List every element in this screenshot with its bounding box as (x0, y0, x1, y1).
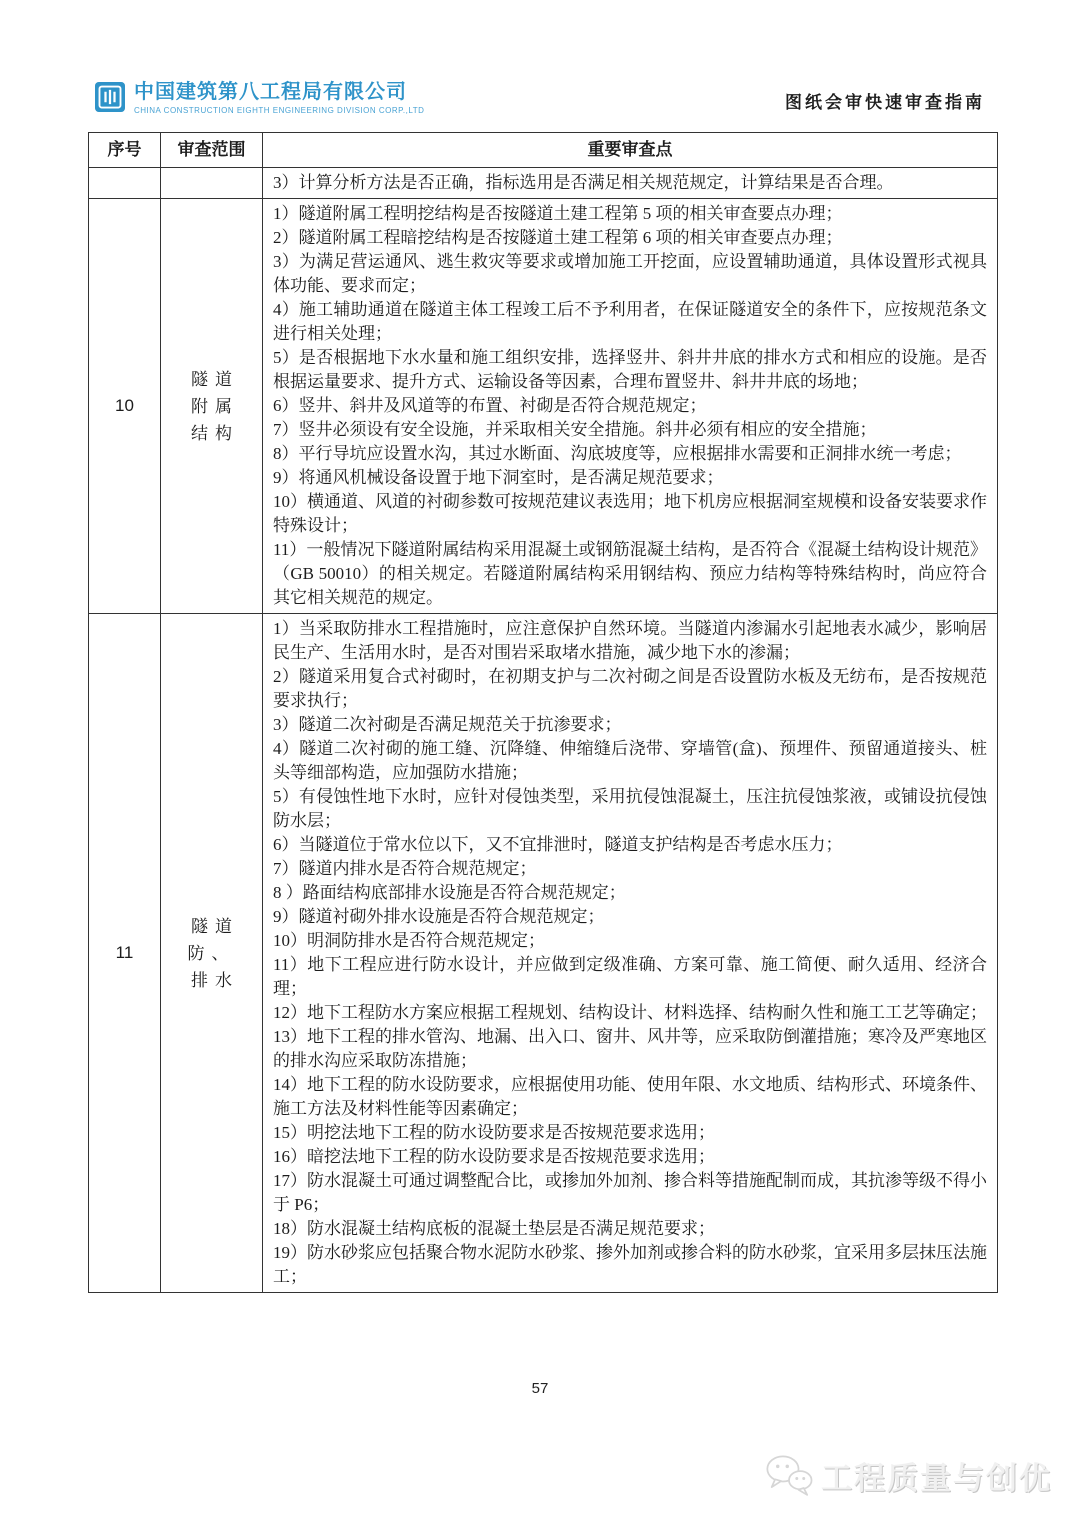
review-point: 2）隧道附属工程暗挖结构是否按隧道土建工程第 6 项的相关审查要点办理； (273, 226, 987, 250)
watermark-label: 工程质量与创优 (821, 1453, 1052, 1498)
review-scope-cell (161, 168, 263, 199)
brand-text: 中国建筑第八工程局有限公司 CHINA CONSTRUCTION EIGHTH … (134, 82, 424, 115)
review-point: 4）施工辅助通道在隧道主体工程竣工后不予利用者，在保证隧道安全的条件下，应按规范… (273, 298, 987, 346)
table-row: 11隧道防、排水1）当采取防排水工程措施时，应注意保护自然环境。当隧道内渗漏水引… (89, 614, 998, 1293)
review-point: 10）明洞防排水是否符合规范规定； (273, 929, 987, 953)
review-points-cell: 3）计算分析方法是否正确，指标选用是否满足相关规范规定，计算结果是否合理。 (263, 168, 998, 199)
scope-line: 排水 (163, 967, 260, 994)
review-scope-cell: 隧道附属结构 (161, 199, 263, 614)
review-point: 1）隧道附属工程明挖结构是否按隧道土建工程第 5 项的相关审查要点办理； (273, 202, 987, 226)
review-point: 17）防水混凝土可通过调整配合比，或掺加外加剂、掺合料等措施配制而成，其抗渗等级… (273, 1169, 987, 1217)
review-point: 6）当隧道位于常水位以下，又不宜排泄时，隧道支护结构是否考虑水压力； (273, 833, 987, 857)
review-point: 11）地下工程应进行防水设计，并应做到定级准确、方案可靠、施工简便、耐久适用、经… (273, 953, 987, 1001)
document-title: 图纸会审快速审查指南 (785, 88, 985, 113)
cscec-logo-icon (95, 82, 125, 112)
review-table-body: 3）计算分析方法是否正确，指标选用是否满足相关规范规定，计算结果是否合理。10隧… (89, 168, 998, 1293)
row-number-cell (89, 168, 161, 199)
page-number: 57 (0, 1380, 1080, 1397)
column-header-no: 序号 (89, 133, 161, 168)
review-point: 6）竖井、斜井及风道等的布置、衬砌是否符合规范规定； (273, 394, 987, 418)
scope-line: 附属 (163, 393, 260, 420)
review-point: 9）隧道衬砌外排水设施是否符合规范规定； (273, 905, 987, 929)
review-point: 7）竖井必须设有安全设施，并采取相关安全措施。斜井必须有相应的安全措施； (273, 418, 987, 442)
review-scope-cell: 隧道防、排水 (161, 614, 263, 1293)
review-point: 11）一般情况下隧道附属结构采用混凝土或钢筋混凝土结构，是否符合《混凝土结构设计… (273, 538, 987, 610)
review-point: 10）横通道、风道的衬砌参数可按规范建议表选用；地下机房应根据洞室规模和设备安装… (273, 490, 987, 538)
review-point: 9）将通风机械设备设置于地下洞室时，是否满足规范要求； (273, 466, 987, 490)
column-header-scope: 审查范围 (161, 133, 263, 168)
watermark: 工程质量与创优 (763, 1452, 1052, 1498)
review-point: 3）隧道二次衬砌是否满足规范关于抗渗要求； (273, 713, 987, 737)
review-point: 3）为满足营运通风、逃生救灾等要求或增加施工开挖面，应设置辅助通道，具体设置形式… (273, 250, 987, 298)
company-name-cn: 中国建筑第八工程局有限公司 (134, 82, 424, 103)
company-brand: 中国建筑第八工程局有限公司 CHINA CONSTRUCTION EIGHTH … (95, 82, 424, 115)
review-point: 7）隧道内排水是否符合规范规定； (273, 857, 987, 881)
review-points-cell: 1）隧道附属工程明挖结构是否按隧道土建工程第 5 项的相关审查要点办理；2）隧道… (263, 199, 998, 614)
review-point: 1）当采取防排水工程措施时，应注意保护自然环境。当隧道内渗漏水引起地表水减少，影… (273, 617, 987, 665)
scope-line: 结构 (163, 420, 260, 447)
review-point: 5）有侵蚀性地下水时，应针对侵蚀类型，采用抗侵蚀混凝土，压注抗侵蚀浆液，或铺设抗… (273, 785, 987, 833)
row-number-cell: 10 (89, 199, 161, 614)
column-header-points: 重要审查点 (263, 133, 998, 168)
review-point: 4）隧道二次衬砌的施工缝、沉降缝、伸缩缝后浇带、穿墙管(盒)、预埋件、预留通道接… (273, 737, 987, 785)
review-point: 16）暗挖法地下工程的防水设防要求是否按规范要求选用； (273, 1145, 987, 1169)
scope-line: 隧道防、 (163, 913, 260, 967)
scope-line: 隧道 (163, 366, 260, 393)
review-point: 15）明挖法地下工程的防水设防要求是否按规范要求选用； (273, 1121, 987, 1145)
review-point: 5）是否根据地下水水量和施工组织安排，选择竖井、斜井井底的排水方式和相应的设施。… (273, 346, 987, 394)
review-point: 2）隧道采用复合式衬砌时，在初期支护与二次衬砌之间是否设置防水板及无纺布，是否按… (273, 665, 987, 713)
document-page: 中国建筑第八工程局有限公司 CHINA CONSTRUCTION EIGHTH … (0, 0, 1080, 1526)
review-point: 8 ）路面结构底部排水设施是否符合规范规定； (273, 881, 987, 905)
review-point: 12）地下工程防水方案应根据工程规划、结构设计、材料选择、结构耐久性和施工工艺等… (273, 1001, 987, 1025)
table-row: 3）计算分析方法是否正确，指标选用是否满足相关规范规定，计算结果是否合理。 (89, 168, 998, 199)
review-points-cell: 1）当采取防排水工程措施时，应注意保护自然环境。当隧道内渗漏水引起地表水减少，影… (263, 614, 998, 1293)
review-point: 18）防水混凝土结构底板的混凝土垫层是否满足规范要求； (273, 1217, 987, 1241)
company-name-en: CHINA CONSTRUCTION EIGHTH ENGINEERING DI… (134, 106, 424, 115)
wechat-icon (763, 1452, 815, 1498)
row-number-cell: 11 (89, 614, 161, 1293)
table-header-row: 序号 审查范围 重要审查点 (89, 133, 998, 168)
review-table: 序号 审查范围 重要审查点 3）计算分析方法是否正确，指标选用是否满足相关规范规… (88, 132, 998, 1293)
review-point: 13）地下工程的排水管沟、地漏、出入口、窗井、风井等，应采取防倒灌措施；寒冷及严… (273, 1025, 987, 1073)
table-row: 10隧道附属结构1）隧道附属工程明挖结构是否按隧道土建工程第 5 项的相关审查要… (89, 199, 998, 614)
review-point: 14）地下工程的防水设防要求，应根据使用功能、使用年限、水文地质、结构形式、环境… (273, 1073, 987, 1121)
review-point: 8）平行导坑应设置水沟，其过水断面、沟底坡度等，应根据排水需要和正洞排水统一考虑… (273, 442, 987, 466)
review-point: 3）计算分析方法是否正确，指标选用是否满足相关规范规定，计算结果是否合理。 (273, 171, 987, 195)
review-point: 19）防水砂浆应包括聚合物水泥防水砂浆、掺外加剂或掺合料的防水砂浆，宜采用多层抹… (273, 1241, 987, 1289)
